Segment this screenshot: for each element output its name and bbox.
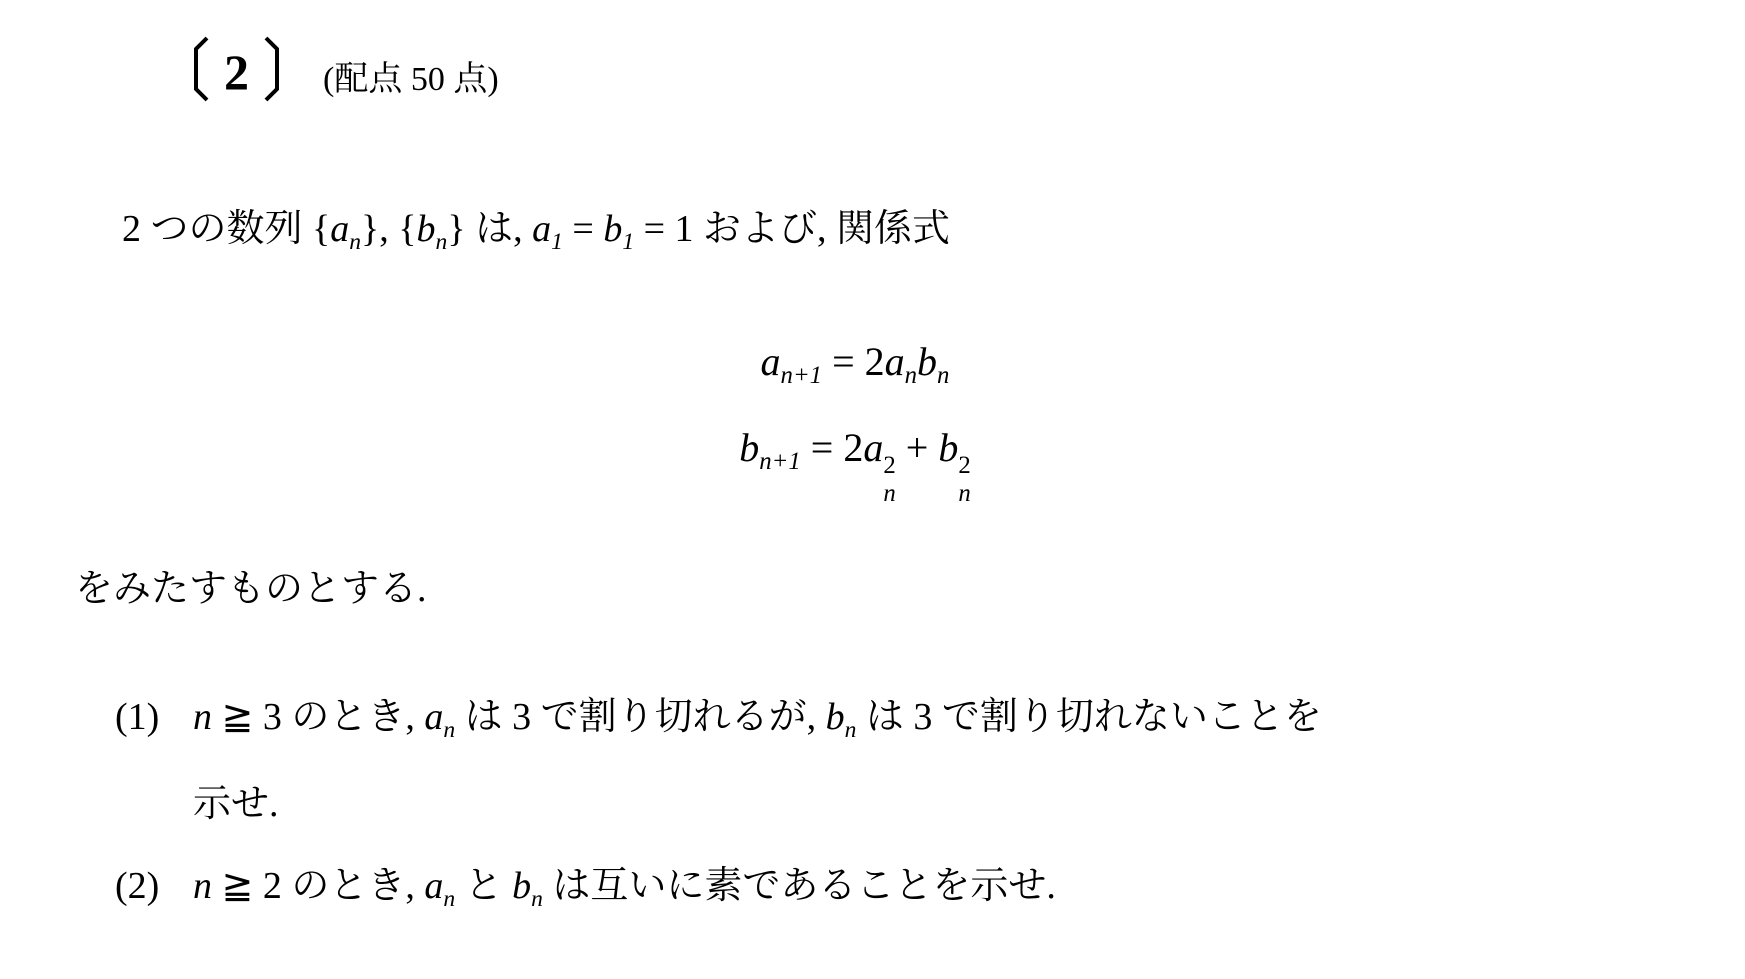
- math-segment: = 2: [801, 425, 864, 470]
- math-segment: +: [896, 425, 939, 470]
- math-subscript: 1: [622, 229, 634, 255]
- math-segment: {: [312, 208, 330, 250]
- problem-header: 2 (配点 50 点): [188, 36, 499, 107]
- math-segment: a: [532, 208, 551, 250]
- math-subscript: n: [443, 717, 455, 743]
- item-2-label: (2): [115, 863, 193, 911]
- math-segment: b: [512, 865, 531, 907]
- math-segment: b: [938, 425, 958, 470]
- math-segment: 2 つの数列: [122, 208, 312, 250]
- item-1: (1)n ≧ 3 のとき, an は 3 で割り切れるが, bn は 3 で割り…: [115, 694, 1322, 742]
- math-segment: は互いに素であることを示せ.: [543, 865, 1056, 907]
- math-segment: ≧ 2 のとき,: [212, 865, 424, 907]
- item-2-text: n ≧ 2 のとき, an と bn は互いに素であることを示せ.: [193, 865, 1056, 907]
- math-subsup: 2n: [883, 454, 895, 507]
- points-label: (配点 50 点): [323, 51, 499, 100]
- equation-b-recurrence: bn+1 = 2a2n + b2n: [0, 424, 1710, 506]
- math-subscript: n: [905, 362, 917, 389]
- math-segment: n: [193, 865, 212, 907]
- math-subscript: n: [443, 886, 455, 912]
- tortoise-bracket-right-icon: [263, 36, 285, 107]
- problem-number: 2: [224, 47, 249, 97]
- math-segment: {: [398, 208, 416, 250]
- math-segment: b: [739, 425, 759, 470]
- math-subsup: 2n: [958, 454, 970, 507]
- math-segment: ≧ 3 のとき,: [212, 696, 424, 738]
- item-1-label: (1): [115, 694, 193, 742]
- math-segment: a: [885, 339, 905, 384]
- item-2: (2)n ≧ 2 のとき, an と bn は互いに素であることを示せ.: [115, 863, 1056, 911]
- math-segment: a: [424, 696, 443, 738]
- math-segment: b: [917, 339, 937, 384]
- math-segment: b: [417, 208, 436, 250]
- math-segment: }: [447, 208, 465, 250]
- page: 2 (配点 50 点) 2 つの数列 {an}, {bn} は, a1 = b1…: [0, 0, 1745, 979]
- math-subscript: n: [531, 886, 543, 912]
- math-segment: }: [361, 208, 379, 250]
- math-segment: a: [863, 425, 883, 470]
- math-segment: は,: [466, 208, 533, 250]
- math-segment: = 2: [822, 339, 885, 384]
- math-subscript: 1: [551, 229, 563, 255]
- math-segment: a: [424, 865, 443, 907]
- tortoise-bracket-left-icon: [188, 36, 210, 107]
- math-segment: = 1 および, 関係式: [634, 208, 950, 250]
- math-subscript: n: [937, 362, 949, 389]
- math-segment: 示せ.: [193, 783, 279, 825]
- math-segment: b: [826, 696, 845, 738]
- math-segment: n: [193, 696, 212, 738]
- math-subscript: n: [349, 229, 361, 255]
- item-1-text: n ≧ 3 のとき, an は 3 で割り切れるが, bn は 3 で割り切れな…: [193, 696, 1322, 738]
- math-segment: a: [761, 339, 781, 384]
- item-1-continuation: 示せ.: [193, 781, 279, 829]
- math-subscript: n+1: [759, 448, 801, 475]
- intro-line: 2 つの数列 {an}, {bn} は, a1 = b1 = 1 および, 関係…: [122, 206, 950, 254]
- satisfy-line: をみたすものとする.: [75, 566, 427, 614]
- math-subscript: n: [845, 717, 857, 743]
- math-segment: は 3 で割り切れるが,: [455, 696, 826, 738]
- math-segment: a: [330, 208, 349, 250]
- math-segment: は 3 で割り切れないことを: [856, 696, 1322, 738]
- math-subscript: n+1: [781, 362, 823, 389]
- equation-a-recurrence: an+1 = 2anbn: [0, 338, 1710, 386]
- math-segment: b: [603, 208, 622, 250]
- math-subscript: n: [436, 229, 448, 255]
- math-segment: ,: [379, 208, 398, 250]
- math-segment: =: [563, 208, 603, 250]
- math-segment: と: [455, 865, 512, 907]
